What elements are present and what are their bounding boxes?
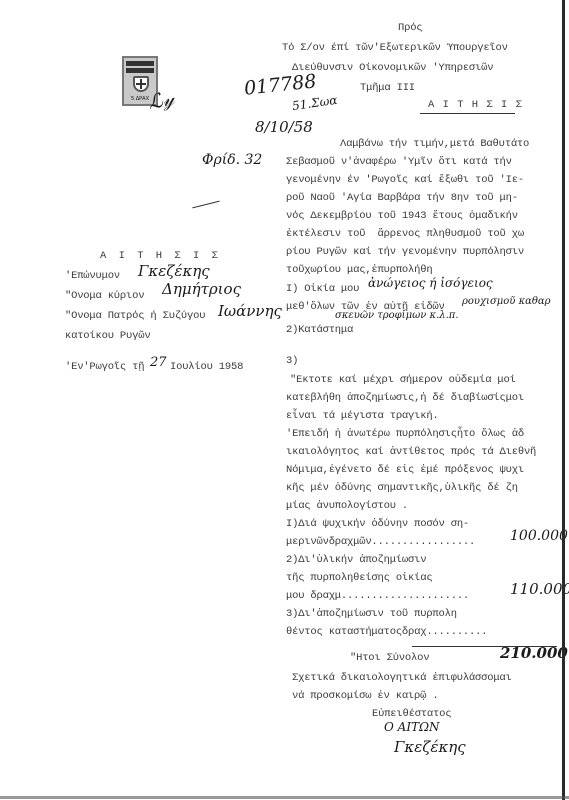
para1-line: ἐκτέλεσιν τοῦ ἄρρενος πληθυσμοῦ τοῦ χω <box>286 228 524 240</box>
para2-line: Νόμιμα,ἐγένετο δέ εἰς ἐμέ πρόξενος ψυχι <box>286 464 524 476</box>
surname-value: Γκεζέκης <box>138 262 210 280</box>
para2-line: κῆς μέν ὀδύνης σημαντικῆς,ὑλικῆς δέ ζη <box>286 482 518 494</box>
para1-line: Σεβασμοῦ ν'ἀναφέρω 'Υμῖν ὅτι κατά τήν <box>286 156 512 168</box>
pen-stroke <box>192 201 219 209</box>
closing-line-1: Σχετικά δικαιολογητικά ἐπιφυλάσσομαι <box>292 672 512 684</box>
stamp-band-top <box>126 61 154 66</box>
para2-line: "Εκτοτε καί μέχρι σήμερον οὐδεμία μοί <box>290 374 516 386</box>
para2-line: εἶναι τά μέγιστα τραγική. <box>286 410 439 422</box>
item-2: 2)Κατάστημα <box>286 324 353 336</box>
to-label: Πρός <box>398 22 422 34</box>
item-1-typed: Ι) Οἰκία μου <box>286 283 359 295</box>
para1-line: Λαμβάνω τήν τιμήν,μετά Βαθυτάτο <box>340 138 529 150</box>
protocol-date: 8/10/58 <box>255 118 313 136</box>
closing-salutation: Εὐπειθέστατος <box>372 708 451 720</box>
place-date-day: 27 <box>150 355 167 370</box>
para2-line: κατεβλήθη ἀποζημίωσις,ἡ δέ διαβίωσίςμοι <box>286 392 524 404</box>
father-name-label: "Ονομα Πατρός ή Συζύγου <box>65 310 205 322</box>
addressee-line-1: Τό Σ/ον έπί τῶν'Εξωτερικῶν Ύπουργεῖον <box>282 42 508 54</box>
department: Τμῆμα ΙΙΙ <box>360 82 415 94</box>
para2-line: ικαιολόγητος καί ἀντίθετος πρός τά Διεθν… <box>286 446 536 458</box>
stamp-band-bottom <box>126 68 154 73</box>
item-1-handwritten: ἀνώγειος ή ἰσόγειος <box>368 276 493 290</box>
item-3: 3) <box>286 355 298 367</box>
signature-label: Ο ΑΙΤΩΝ <box>384 720 440 734</box>
father-name-value: Ιωάννης <box>218 302 282 320</box>
para1-line: νός Δεκεμβρίου τοῦ 1943 ἔτους ὁμαδικήν <box>286 210 518 222</box>
residence: κατοίκου Ρυγῶν <box>65 330 150 342</box>
para1-line: ρίου Ρυγῶν καί τήν γενομένην πυρπόλησιν <box>286 246 524 258</box>
claim-2-line-1: 2)Δι'ὑλικήν ἀποζημίωσιν <box>286 554 426 566</box>
addressee-line-2: Διεύθυνσιν Οίκονομικῶν 'Υπηρεσιῶν <box>292 62 493 74</box>
claim-3-line-1: 3)Δι'ἀποζημίωσιν τοῦ πυρπολη <box>286 608 457 620</box>
scanned-document-page: Πρός Τό Σ/ον έπί τῶν'Εξωτερικῶν Ύπουργεῖ… <box>0 0 569 800</box>
title-underline <box>420 113 515 114</box>
claim-2-amount: 110.000 <box>510 580 569 598</box>
claim-2-line-3: μου δραχμ..................... <box>286 590 469 602</box>
place-date-prefix: 'Εν'Ρωγοῖς τῇ <box>65 361 144 373</box>
para1-line: γενομένην έν 'Ρωγοῖς καί ἔξωθι τοῦ 'Ιε- <box>286 174 524 186</box>
first-name-label: "Ονομα κύριον <box>65 290 144 302</box>
para2-line: μίας ἀνυπολογίστου . <box>286 500 408 512</box>
claim-1-amount: 100.000 <box>510 528 568 544</box>
page-edge-bottom <box>0 796 569 799</box>
claim-2-line-2: τῆς πυρποληθείσης οἰκίας <box>286 572 432 584</box>
claim-3-line-2: θέντος καταστήματοςδραχ.......... <box>286 626 487 638</box>
surname-label: 'Επώνυμον <box>65 270 120 282</box>
document-title: Α Ι Τ Η Σ Ι Σ <box>428 99 523 111</box>
protocol-number: 017788 <box>243 70 317 99</box>
item-1-line-3-handwritten: σκευῶν τροφίμων κ.λ.π. <box>335 310 459 321</box>
closing-line-2: νά προσκομίσω ἐν καιρῷ . <box>292 690 438 702</box>
page-edge-right <box>562 0 565 800</box>
first-name-value: Δημήτριος <box>162 280 241 298</box>
para1-line: τοῦχωρίου μας,ἐπυρπολήθη <box>286 264 432 276</box>
stamp-cancellation-scribble: ℒ𝓎 <box>146 86 176 114</box>
place-date-suffix: Ιουλίου 1958 <box>170 361 243 373</box>
protocol-suffix: 51.Σωα <box>291 93 338 113</box>
para2-line: 'Επειδή ἡ ἀνωτέρω πυρπόλησιςἦτο ὅλως ἀδ <box>286 428 524 440</box>
claim-1-line-2: μερινῶνδραχμῶν................. <box>286 536 475 548</box>
signature: Γκεζέκης <box>394 738 466 756</box>
claim-1-line-1: Ι)Διά ψυχικήν ὀδύνην ποσόν ση- <box>286 518 469 530</box>
applicant-heading: Α Ι Τ Η Σ Ι Σ <box>100 250 221 262</box>
para1-line: ροῦ Ναοῦ 'Αγία Βαρβάρα τήν 8ην τοῦ μη- <box>286 192 518 204</box>
item-1-line-2-handwritten: ρουχισμοῦ καθαρ <box>462 296 551 307</box>
total-label: "Ητοι Σύνολον <box>350 652 429 664</box>
total-amount: 210.000 <box>500 644 568 662</box>
reference-note: Φρίδ. 32 <box>202 152 262 168</box>
